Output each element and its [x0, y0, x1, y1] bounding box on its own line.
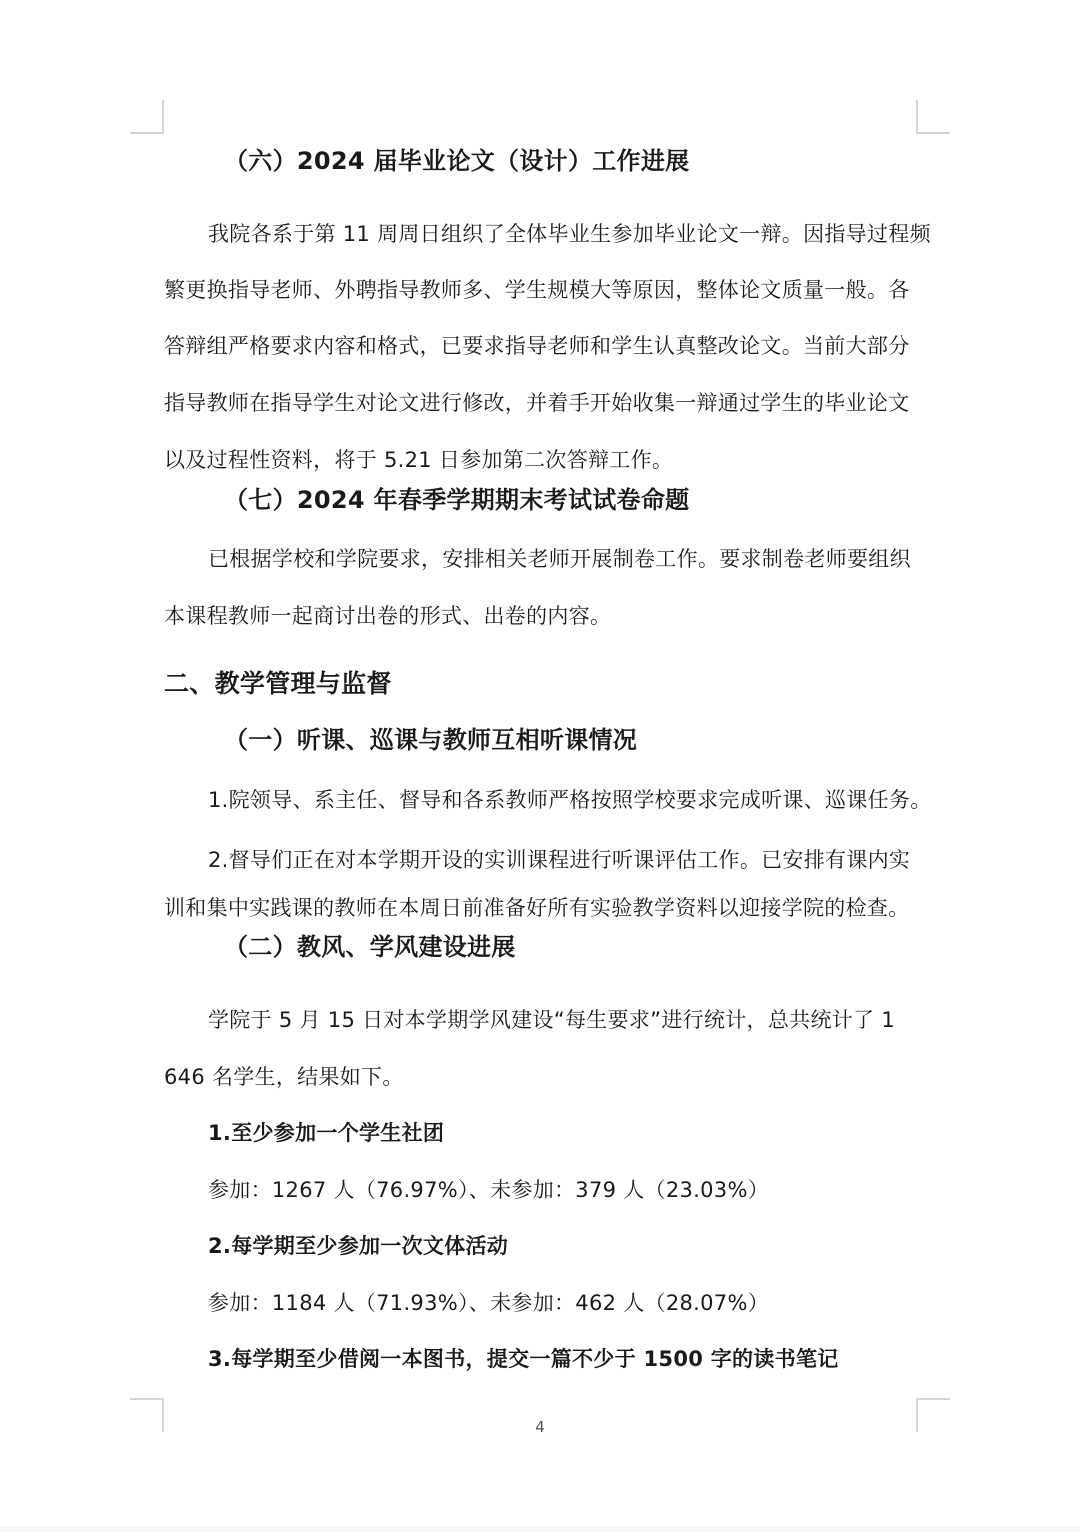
heading-thesis-progress: （六）2024 届毕业论文（设计）工作进展: [224, 146, 984, 176]
paragraph-line: 以及过程性资料，将于 5.21 日参加第二次答辩工作。: [164, 445, 924, 475]
item-heading-reading: 3.每学期至少借阅一本图书，提交一篇不少于 1500 字的读书笔记: [208, 1344, 968, 1374]
paragraph-line: 学院于 5 月 15 日对本学期学风建设“每生要求”进行统计，总共统计了 1: [208, 1005, 968, 1035]
heading-exam-papers: （七）2024 年春季学期期末考试试卷命题: [224, 485, 984, 515]
paragraph-line: 繁更换指导老师、外聘指导教师多、学生规模大等原因，整体论文质量一般。各: [164, 275, 924, 305]
stat-line-club: 参加：1267 人（76.97%）、未参加：379 人（23.03%）: [208, 1175, 968, 1205]
heading-teaching-style: （二）教风、学风建设进展: [224, 932, 984, 962]
stat-line-activity: 参加：1184 人（71.93%）、未参加：462 人（28.07%）: [208, 1288, 968, 1318]
heading-class-observation: （一）听课、巡课与教师互相听课情况: [224, 725, 984, 755]
paragraph-line: 646 名学生，结果如下。: [164, 1062, 924, 1092]
crop-mark-top-left: [130, 100, 164, 134]
paragraph-line: 已根据学校和学院要求，安排相关老师开展制卷工作。要求制卷老师要组织: [208, 544, 968, 574]
paragraph-line: 本课程教师一起商讨出卷的形式、出卷的内容。: [164, 601, 924, 631]
paragraph-line: 我院各系于第 11 周周日组织了全体毕业生参加毕业论文一辩。因指导过程频: [208, 219, 968, 249]
item-heading-club: 1.至少参加一个学生社团: [208, 1118, 968, 1148]
heading-teaching-management: 二、教学管理与监督: [164, 669, 924, 699]
paragraph-line: 1.院领导、系主任、督导和各系教师严格按照学校要求完成听课、巡课任务。: [208, 785, 968, 815]
paragraph-line: 训和集中实践课的教师在本周日前准备好所有实验教学资料以迎接学院的检查。: [164, 893, 924, 923]
document-page: （六）2024 届毕业论文（设计）工作进展 我院各系于第 11 周周日组织了全体…: [0, 0, 1080, 1524]
paragraph-line: 2.督导们正在对本学期开设的实训课程进行听课评估工作。已安排有课内实: [208, 845, 968, 875]
paragraph-line: 答辩组严格要求内容和格式，已要求指导老师和学生认真整改论文。当前大部分: [164, 331, 924, 361]
item-heading-activity: 2.每学期至少参加一次文体活动: [208, 1231, 968, 1261]
paragraph-line: 指导教师在指导学生对论文进行修改，并着手开始收集一辩通过学生的毕业论文: [164, 388, 924, 418]
page-number: 4: [0, 1418, 1080, 1436]
crop-mark-top-right: [916, 100, 950, 134]
page-bottom-edge: [0, 1526, 1080, 1532]
